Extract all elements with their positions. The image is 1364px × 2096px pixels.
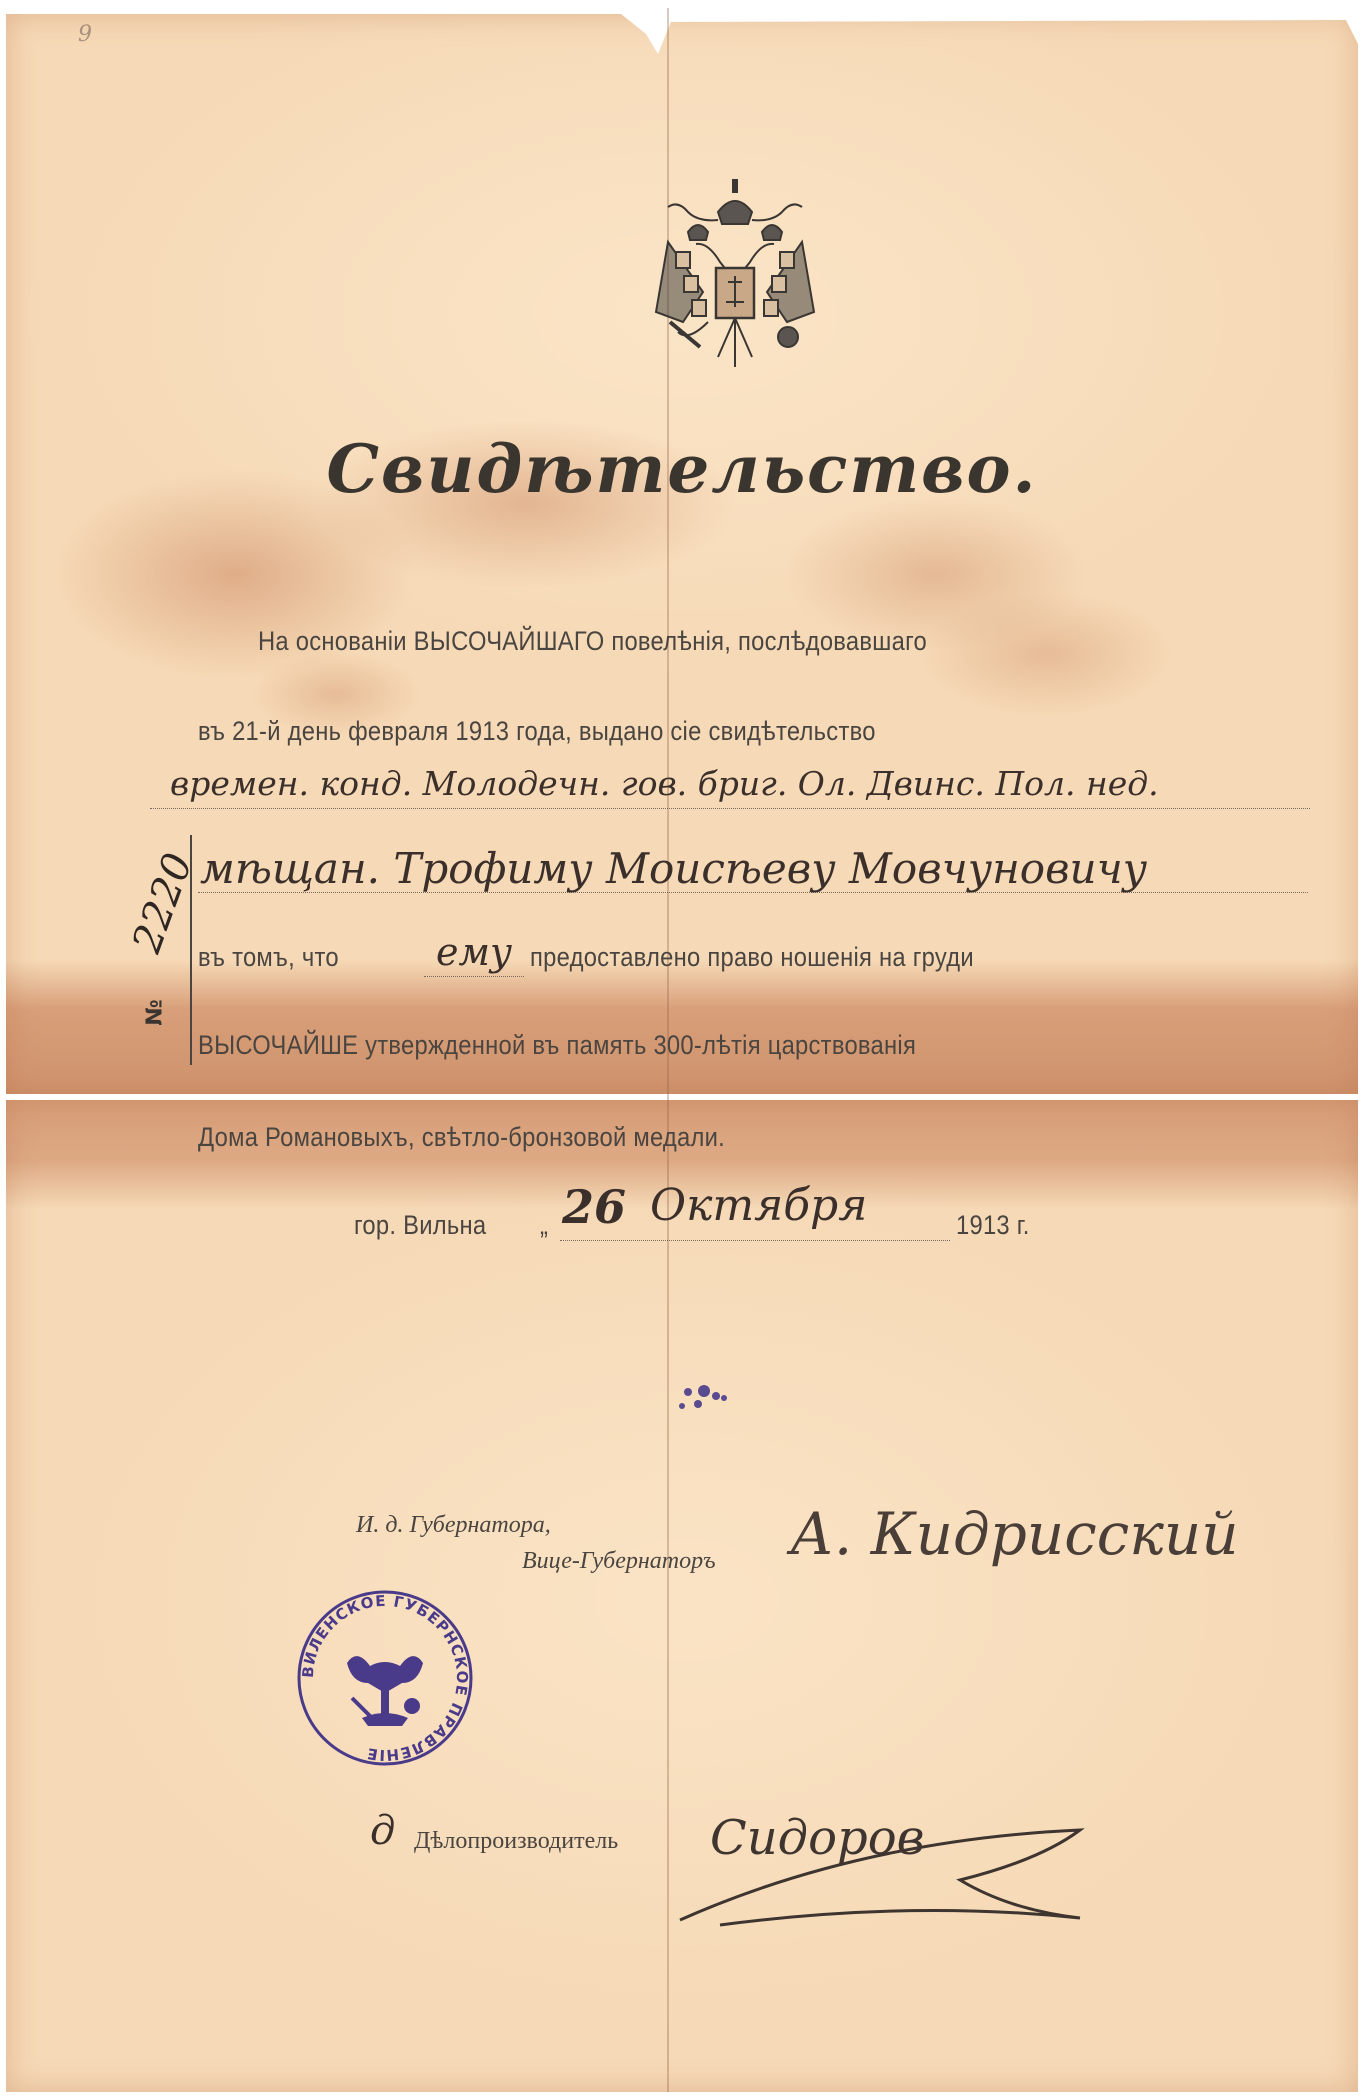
- fill-line-date: [560, 1240, 950, 1241]
- water-stain-band: [6, 960, 1358, 1096]
- number-label: №: [143, 999, 168, 1025]
- date-month: Октября: [650, 1180, 867, 1231]
- imperial-eagle-icon: [648, 172, 822, 372]
- text-line-4: ВЫСОЧАЙШЕ утвержденной въ память 300-лѣт…: [198, 1030, 916, 1061]
- pencil-note: 9: [78, 22, 92, 47]
- text-line-5: Дома Романовыхъ, свѣтло-бронзовой медали…: [198, 1122, 725, 1153]
- text-line-3-post: предоставлено право ношенія на груди: [530, 942, 974, 973]
- pronoun-handwritten: ему: [436, 930, 512, 974]
- official-stamp: ВИЛЕНСКОЕ ГУБЕРНСКОЕ ПРАВЛЕНІЕ: [292, 1588, 478, 1768]
- certificate-title: Свидѣтельство.: [0, 430, 1364, 508]
- date-day: 26: [562, 1180, 626, 1234]
- fill-line-pronoun: [424, 976, 524, 977]
- text-line-2: въ 21-й день февраля 1913 года, выдано с…: [198, 716, 876, 747]
- recipient-line-1: времен. конд. Молодечн. гов. бриг. Ол. Д…: [170, 764, 1159, 803]
- ink-blot: [676, 1382, 736, 1412]
- governor-title-1: И. д. Губернатора,: [356, 1512, 551, 1539]
- date-year: 1913 г.: [956, 1210, 1030, 1241]
- text-line-1: На основаніи ВЫСОЧАЙШАГО повелѣнія, посл…: [258, 626, 927, 657]
- recipient-line-2: мѣщан. Трофиму Моисѣеву Мовчуновичу: [200, 844, 1147, 893]
- clerk-initial: д: [370, 1808, 395, 1854]
- governor-title-2: Вице-Губернаторъ: [522, 1548, 716, 1575]
- clerk-title: Дѣлопроизводитель: [414, 1828, 618, 1855]
- governor-signature: А. Кидрисский: [790, 1500, 1239, 1568]
- horizontal-tear: [0, 1094, 1364, 1100]
- date-open-quote: „: [540, 1210, 548, 1241]
- clerk-signature-flourish: [660, 1800, 1120, 1930]
- place-label: гор. Вильна: [354, 1210, 486, 1241]
- text-line-3-pre: въ томъ, что: [198, 942, 339, 973]
- document-sheet-bottom: [6, 1100, 1358, 2092]
- fill-line-1: [150, 808, 1310, 809]
